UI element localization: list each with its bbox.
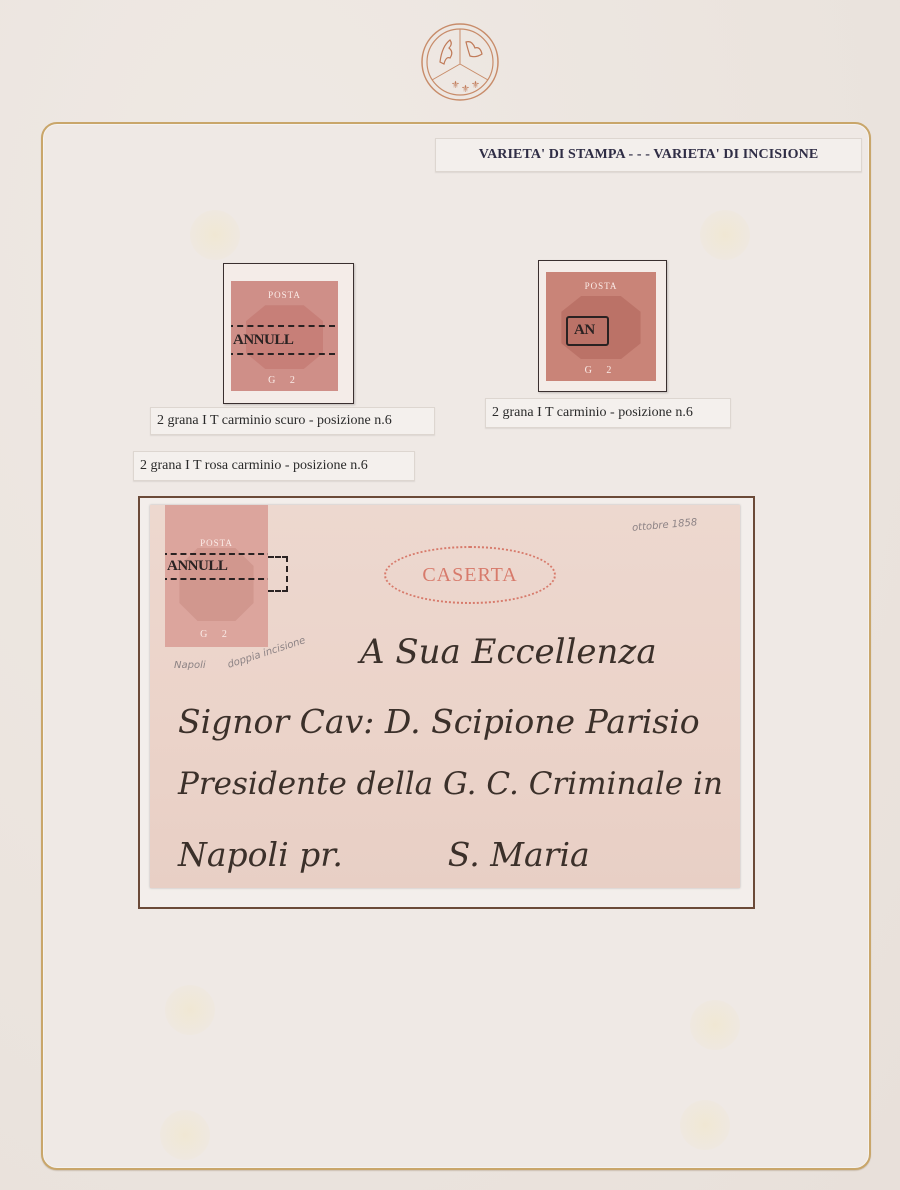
pencil-note-city: Napoli: [174, 660, 206, 671]
stamp-cancel-mark: ANNULL: [231, 325, 335, 355]
stamp-cancel-mark: ANNULL: [165, 553, 268, 580]
heraldic-crest-icon: ⚜ ⚜ ⚜: [420, 22, 500, 102]
svg-text:⚜: ⚜: [451, 80, 460, 91]
stamp-2[interactable]: POSTA AN G 2: [546, 272, 656, 381]
stamp-value-text: G 2: [231, 375, 338, 386]
watermark-emboss: [190, 210, 240, 260]
stamp-posta-text: POSTA: [165, 538, 268, 548]
address-line-1: A Sua Eccellenza: [360, 632, 657, 672]
svg-text:⚜: ⚜: [461, 84, 470, 95]
watermark-emboss: [690, 1000, 740, 1050]
cancel-frame-fragment: [268, 556, 288, 592]
stamp-posta-text: POSTA: [231, 290, 338, 300]
page-title-label: VARIETA' DI STAMPA - - - VARIETA' DI INC…: [435, 138, 862, 172]
stamp-caption-2: 2 grana I T carminio - posizione n.6: [485, 398, 731, 428]
watermark-emboss: [700, 210, 750, 260]
svg-text:⚜: ⚜: [471, 80, 480, 91]
cover-stamp[interactable]: POSTA ANNULL G 2: [165, 505, 268, 647]
watermark-emboss: [160, 1110, 210, 1160]
stamp-cancel-mark: AN: [566, 316, 609, 346]
address-line-2: Signor Cav: D. Scipione Parisio: [178, 702, 700, 741]
address-line-4: Napoli pr. S. Maria: [178, 835, 590, 874]
watermark-emboss: [165, 985, 215, 1035]
stamp-caption-1: 2 grana I T carminio scuro - posizione n…: [150, 407, 435, 435]
address-line-3: Presidente della G. C. Criminale in: [178, 766, 723, 802]
watermark-emboss: [680, 1100, 730, 1150]
cover-caption: 2 grana I T rosa carminio - posizione n.…: [133, 451, 415, 481]
stamp-value-text: G 2: [165, 629, 268, 640]
stamp-posta-text: POSTA: [546, 281, 656, 291]
stamp-value-text: G 2: [546, 365, 656, 376]
stamp-1[interactable]: POSTA ANNULL G 2: [231, 281, 338, 391]
red-postmark: CASERTA: [384, 546, 556, 604]
